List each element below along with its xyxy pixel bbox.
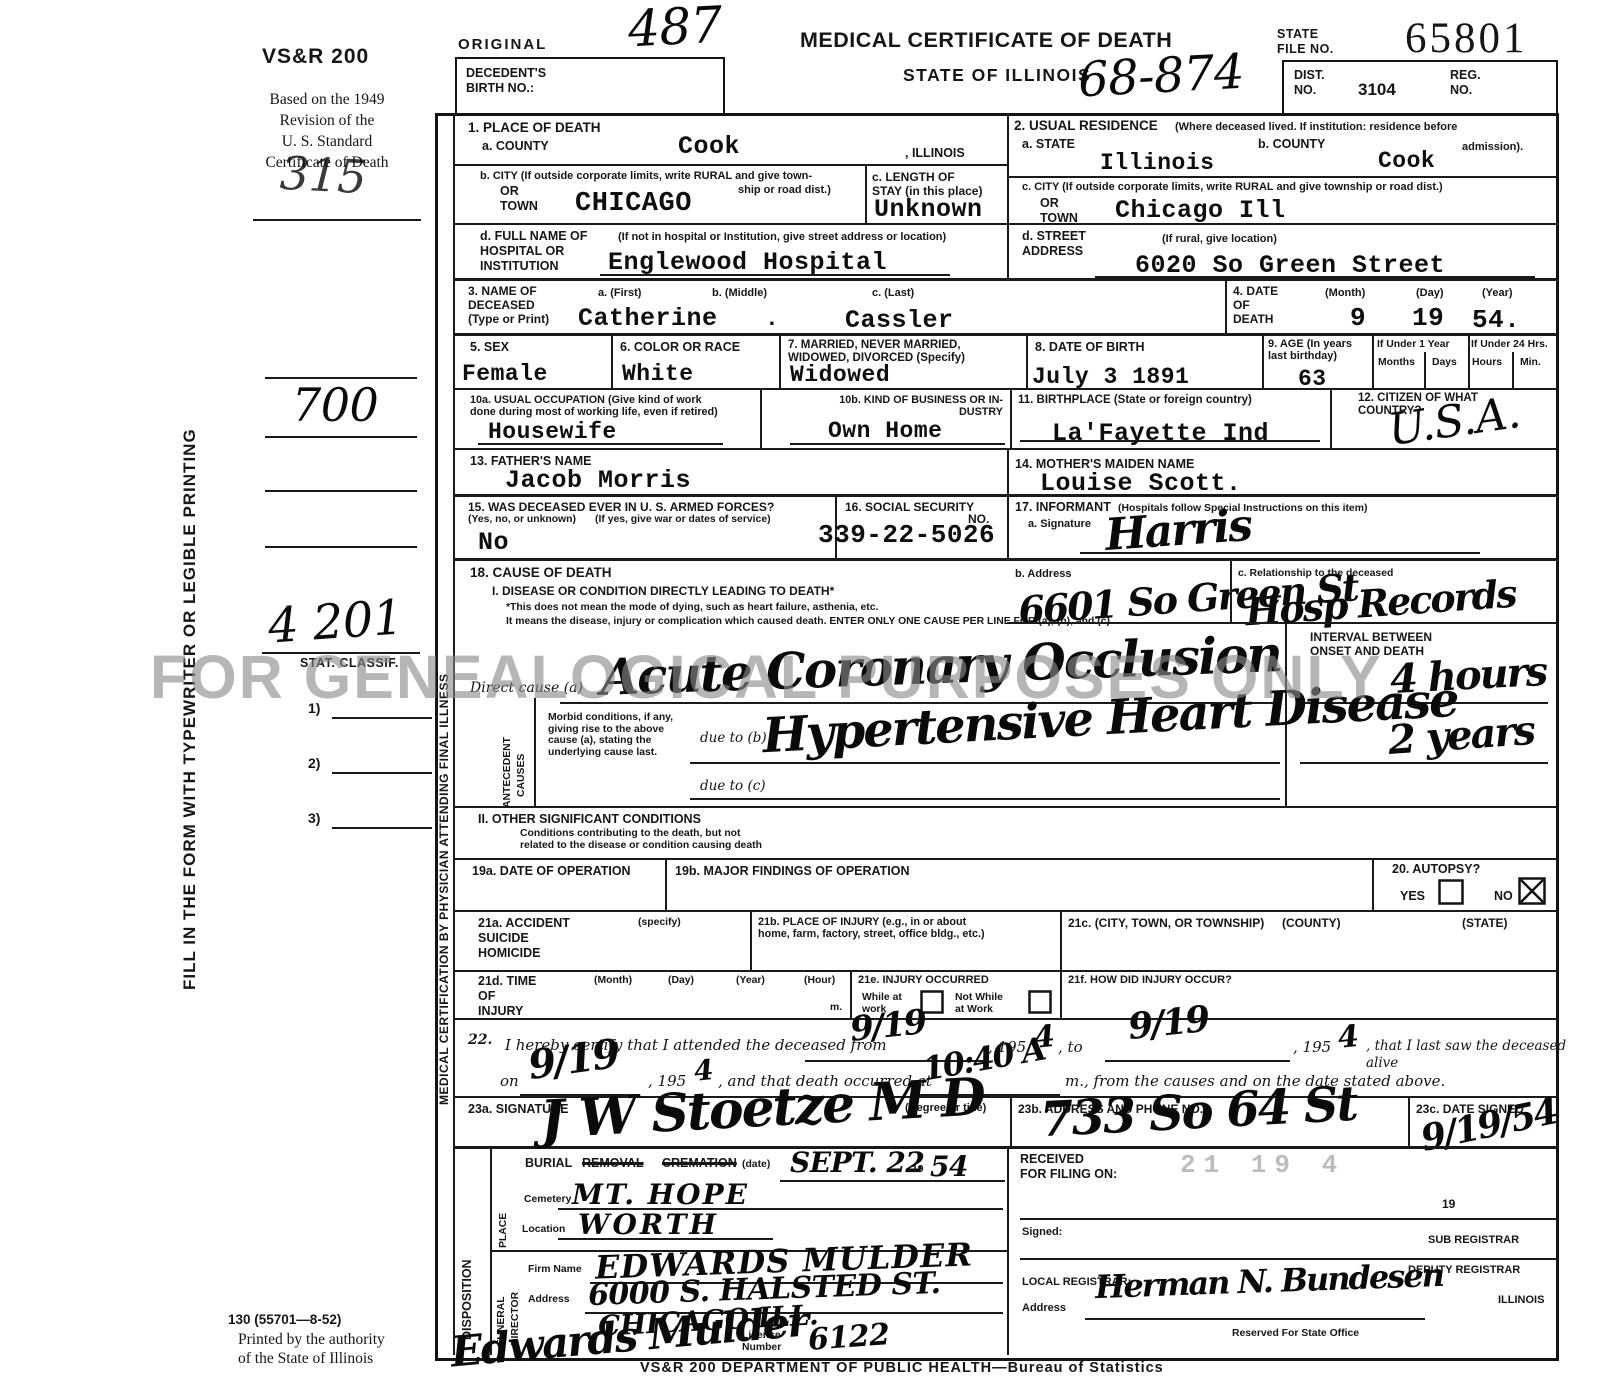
reg-no-label: REG. NO. [1450,68,1481,98]
length-of-stay-value: Unknown [874,197,983,222]
res-city-label: c. CITY (If outside corporate limits, wr… [1022,181,1443,194]
injury-occurred-label: 21e. INJURY OCCURRED [858,974,989,987]
color-or-race-value: White [622,363,694,386]
divider [265,436,417,438]
divider [690,762,1280,764]
under-1-year-label: If Under 1 Year [1377,339,1450,351]
informant-relationship-label: c. Relationship to the deceased [1238,568,1393,580]
dod-year-value: 54. [1472,307,1520,333]
res-city-or-town: OR TOWN [1040,196,1078,226]
morbid-conditions-note: Morbid conditions, if any, giving rise t… [548,712,673,759]
days-label: Days [1432,357,1457,369]
margin-handwriting-4201: 4 201 [266,589,404,654]
divider [453,113,455,1355]
cert-year-2: , 195 [1293,1038,1331,1057]
informant-label: 17. INFORMANT [1015,500,1111,515]
dist-no-label: DIST. NO. [1294,68,1325,98]
informant-signature-label: a. Signature [1028,518,1091,531]
divider [665,858,667,910]
illinois-label: ILLINOIS [1498,1294,1544,1307]
injury-county-label: (COUNTY) [1282,916,1341,930]
burial-19-label: 19 [912,1164,924,1176]
accident-suicide-homicide-label: 21a. ACCIDENT SUICIDE HOMICIDE [478,916,570,960]
hospital-name-label: d. FULL NAME OF HOSPITAL OR INSTITUTION [480,229,587,273]
burial-year-value: 54 [930,1150,968,1183]
received-filing-label: RECEIVED FOR FILING ON: [1020,1152,1117,1182]
dod-day-label: (Day) [1416,287,1444,300]
autopsy-no-label: NO [1494,889,1513,904]
divider [1020,440,1320,442]
printed-by-note: Printed by the authority of the State of… [238,1330,385,1369]
divider [558,1238,773,1240]
divider [1468,333,1470,388]
divider [780,1180,1005,1182]
divider [332,827,432,829]
not-while-at-work-checkbox [1028,990,1052,1014]
res-state-value: Illinois [1100,152,1214,175]
divider [750,910,752,970]
specify-label: (specify) [638,917,681,929]
hours-label: Hours [1472,357,1502,369]
divider [1007,1146,1009,1355]
received-19-label: 19 [1442,1198,1455,1211]
disposition-band: DISPOSITION [460,1180,475,1340]
place-of-injury-label: 21b. PLACE OF INJURY (e.g., in or about … [758,916,985,940]
cert-text-3: , that I last saw the deceased alive [1366,1038,1600,1072]
margin-vertical-instruction: FILL IN THE FORM WITH TYPEWRITER OR LEGI… [180,340,200,990]
divider [534,698,536,806]
sub-registrar-label: SUB REGISTRAR [1428,1234,1519,1247]
state-file-no-label: STATE FILE NO. [1277,27,1334,57]
injury-hour-label: (Hour) [804,975,835,987]
armed-forces-note-1: (Yes, no, or unknown) [468,514,576,526]
residence-note-2: admission). [1462,141,1523,154]
divider [455,970,1556,972]
other-conditions-label: II. OTHER SIGNIFICANT CONDITIONS [478,812,701,827]
divider [1085,1318,1425,1320]
divider [265,490,417,492]
res-county-value: Cook [1378,150,1435,173]
location-label: Location [522,1224,565,1236]
divider [1020,1258,1556,1260]
first-name-value: Catherine [578,306,718,331]
divider [1060,910,1062,970]
license-number-value: 6122 [807,1317,891,1358]
divider [1007,622,1556,624]
min-label: Min. [1520,357,1541,369]
margin-line-1-label: 1) [308,700,320,717]
divider [611,333,613,388]
divider [265,546,417,548]
dod-day-value: 19 [1412,305,1444,331]
divider [253,219,421,221]
cert-text-4: on [500,1072,519,1091]
pod-city-label: b. CITY (If outside corporate limits, wr… [480,170,812,183]
stat-classif-label: STAT. CLASSIF. [300,656,399,671]
pod-illinois-label: , ILLINOIS [905,146,965,161]
divider [1105,1060,1290,1062]
autopsy-label: 20. AUTOPSY? [1392,862,1480,877]
marital-status-value: Widowed [790,364,890,387]
occupation-label: 10a. USUAL OCCUPATION (Give kind of work… [470,394,718,418]
disease-condition-label: I. DISEASE OR CONDITION DIRECTLY LEADING… [492,584,834,598]
dod-year-label: (Year) [1482,287,1513,300]
mothers-maiden-name-value: Louise Scott. [1040,471,1242,496]
injury-month-label: (Month) [594,975,632,987]
res-county-label: b. COUNTY [1258,137,1325,152]
injury-m-label: m. [830,1002,842,1014]
margin-line-3-label: 3) [308,810,320,827]
margin-handwriting-700: 700 [292,378,378,432]
original-label: ORIGINAL [458,36,547,53]
age-label: 9. AGE (In years last birthday) [1268,338,1352,363]
injury-city-label: 21c. (CITY, TOWN, OR TOWNSHIP) [1068,916,1264,930]
cremation-label-struck: CREMATION [662,1156,737,1171]
print-code: 130 (55701—8-52) [228,1312,341,1327]
cause-note-1: *This does not mean the mode of dying, s… [506,602,878,614]
divider [1007,448,1009,494]
place-band: PLACE [498,1182,510,1248]
divider [455,558,1556,561]
place-of-death-label: 1. PLACE OF DEATH [468,120,601,136]
certificate-subtitle: STATE OF ILLINOIS [903,65,1091,86]
date-of-birth-value: July 3 1891 [1032,366,1189,389]
informant-address-label: b. Address [1015,568,1071,581]
due-to-b-label: due to (b) [700,730,767,747]
divider [455,448,1556,450]
received-date-stamp: 21 19 4 [1180,1150,1345,1180]
cause-of-death-label: 18. CAUSE OF DEATH [470,565,612,581]
divider [1060,970,1062,1018]
divider [865,164,867,223]
divider [790,443,1005,445]
divider [478,443,723,445]
antecedent-band-2: CAUSES [516,712,528,797]
divider [455,388,1556,390]
first-name-label: a. (First) [598,287,641,300]
divider [1408,1096,1410,1146]
street-address-label: d. STREET ADDRESS [1022,229,1086,259]
divider [1007,113,1009,278]
armed-forces-label: 15. WAS DECEASED EVER IN U. S. ARMED FOR… [468,500,774,514]
cemetery-label: Cemetery [524,1194,571,1206]
divider [455,1018,1556,1020]
divider [1230,558,1232,622]
due-to-c-label: due to (c) [700,778,766,795]
major-findings-label: 19b. MAJOR FINDINGS OF OPERATION [675,864,910,879]
pod-city-label-2: ship or road dist.) [738,184,831,197]
divider [332,772,432,774]
margin-line-2-label: 2) [308,755,320,772]
divider [1512,352,1514,388]
cert-from-date: 9/19 [848,1002,927,1050]
res-city-value: Chicago Ill [1115,198,1286,223]
divider [455,494,1556,497]
birthplace-label: 11. BIRTHPLACE (State or foreign country… [1018,394,1252,407]
registrar-address-label: Address [1022,1302,1066,1315]
burial-date-label: (date) [742,1159,770,1171]
direct-cause-label: Direct cause (a) [470,680,583,698]
location-value: WORTH [578,1208,719,1241]
removal-label-struck: REMOVAL [582,1156,644,1171]
death-certificate-scan: FILL IN THE FORM WITH TYPEWRITER OR LEGI… [0,0,1600,1390]
divider [690,798,1280,800]
divider [1010,388,1012,448]
divider [1330,388,1332,448]
middle-name-value: . [765,308,779,331]
divider [1010,1096,1012,1146]
medical-certification-band: MEDICAL CERTIFICATION BY PHYSICIAN ATTEN… [437,560,451,1105]
sex-label: 5. SEX [470,340,509,355]
time-of-injury-label: 21d. TIME OF INJURY [478,974,536,1018]
date-of-death-label: 4. DATE OF DEATH [1233,284,1278,326]
pod-city-value: CHICAGO [575,191,692,218]
occupation-value: Housewife [488,421,617,444]
street-address-value: 6020 So Green Street [1135,253,1445,278]
state-file-number: 65801 [1405,14,1528,63]
how-injury-occurred-label: 21f. HOW DID INJURY OCCUR? [1068,974,1232,987]
divider [760,388,762,448]
pod-county-label: a. COUNTY [482,139,549,154]
birthplace-value: La'Fayette Ind [1052,421,1269,446]
divider [455,164,1007,166]
divider [455,806,1556,808]
other-conditions-note: Conditions contributing to the death, bu… [520,828,762,851]
cemetery-value: MT. HOPE [572,1178,749,1211]
social-security-value: 339-22-5026 [818,522,995,548]
injury-year-label: (Year) [736,975,765,987]
injury-state-label: (STATE) [1462,916,1508,930]
divider [1020,1218,1556,1220]
fathers-name-value: Jacob Morris [505,468,691,493]
dod-month-label: (Month) [1325,287,1365,300]
cert-year-2-hand: 4 [1336,1019,1358,1056]
funeral-address-label: Address [528,1294,570,1306]
street-address-note: (If rural, give location) [1162,233,1277,246]
divider [1262,333,1264,388]
divider [1007,176,1556,178]
name-of-deceased-label: 3. NAME OF DECEASED (Type or Print) [468,284,549,326]
divider [1424,352,1426,388]
divider [455,858,1556,860]
date-of-operation-label: 19a. DATE OF OPERATION [472,864,631,879]
social-security-label: 16. SOCIAL SECURITY [845,500,974,514]
usual-residence-label: 2. USUAL RESIDENCE [1014,118,1158,134]
divider [1300,762,1548,764]
divider [1372,858,1374,910]
divider [1007,494,1009,558]
handwritten-487: 487 [627,0,724,58]
divider [1372,333,1374,388]
under-24-hrs-label: If Under 24 Hrs. [1471,339,1548,351]
antecedent-band-1: ANTECEDENT [502,700,514,808]
divider [455,910,1556,912]
hospital-name-note: (If not in hospital or Institution, give… [618,231,946,244]
business-industry-label: 10b. KIND OF BUSINESS OR IN- DUSTRY [765,394,1003,418]
divider [1080,552,1480,554]
margin-handwriting-315: 315 [279,146,368,204]
last-name-label: c. (Last) [872,287,914,300]
burial-label: BURIAL [525,1156,572,1171]
burial-date-value: SEPT. 22 [790,1146,924,1179]
pod-county-value: Cook [678,134,740,159]
middle-name-label: b. (Middle) [712,287,767,300]
cert-number: 22. [468,1032,492,1050]
cert-text-2: , to [1058,1038,1083,1057]
divider [600,274,950,276]
last-name-value: Cassler [845,308,954,333]
date-of-birth-label: 8. DATE OF BIRTH [1035,340,1145,355]
divider [455,278,1556,281]
footer-line: VS&R 200 DEPARTMENT OF PUBLIC HEALTH—Bur… [640,1360,1164,1376]
residence-note: (Where deceased lived. If institution: r… [1175,121,1457,134]
form-code: VS&R 200 [262,45,369,69]
divider [262,652,420,654]
autopsy-yes-label: YES [1400,889,1425,904]
handwritten-district-68-874: 68-874 [1077,44,1246,109]
autopsy-no-checkbox-checked [1518,877,1546,905]
divider [332,717,432,719]
injury-day-label: (Day) [668,975,694,987]
months-label: Months [1378,357,1415,369]
reserved-state-office-label: Reserved For State Office [1232,1328,1359,1340]
not-while-at-work-label: Not While at Work [955,992,1003,1015]
armed-forces-note-2: (If yes, give war or dates of service) [595,514,771,526]
firm-name-label: Firm Name [528,1264,582,1276]
color-or-race-label: 6. COLOR OR RACE [620,340,740,355]
sex-value: Female [462,363,548,386]
dist-no-value: 3104 [1358,80,1396,100]
hospital-name-value: Englewood Hospital [608,250,887,275]
cert-to-date: 9/19 [1126,998,1210,1048]
divider [455,223,1556,225]
divider [779,333,781,388]
armed-forces-value: No [478,530,509,555]
divider [1225,278,1227,333]
pod-city-or-town: OR TOWN [500,184,538,214]
signed-label: Signed: [1022,1226,1062,1239]
res-state-label: a. STATE [1022,137,1075,152]
dod-month-value: 9 [1350,305,1366,331]
autopsy-yes-checkbox [1438,879,1464,905]
divider [455,333,1556,336]
decedents-birth-no-label: DECEDENT'S BIRTH NO.: [466,66,546,96]
divider [1026,333,1028,388]
business-industry-value: Own Home [828,420,942,443]
